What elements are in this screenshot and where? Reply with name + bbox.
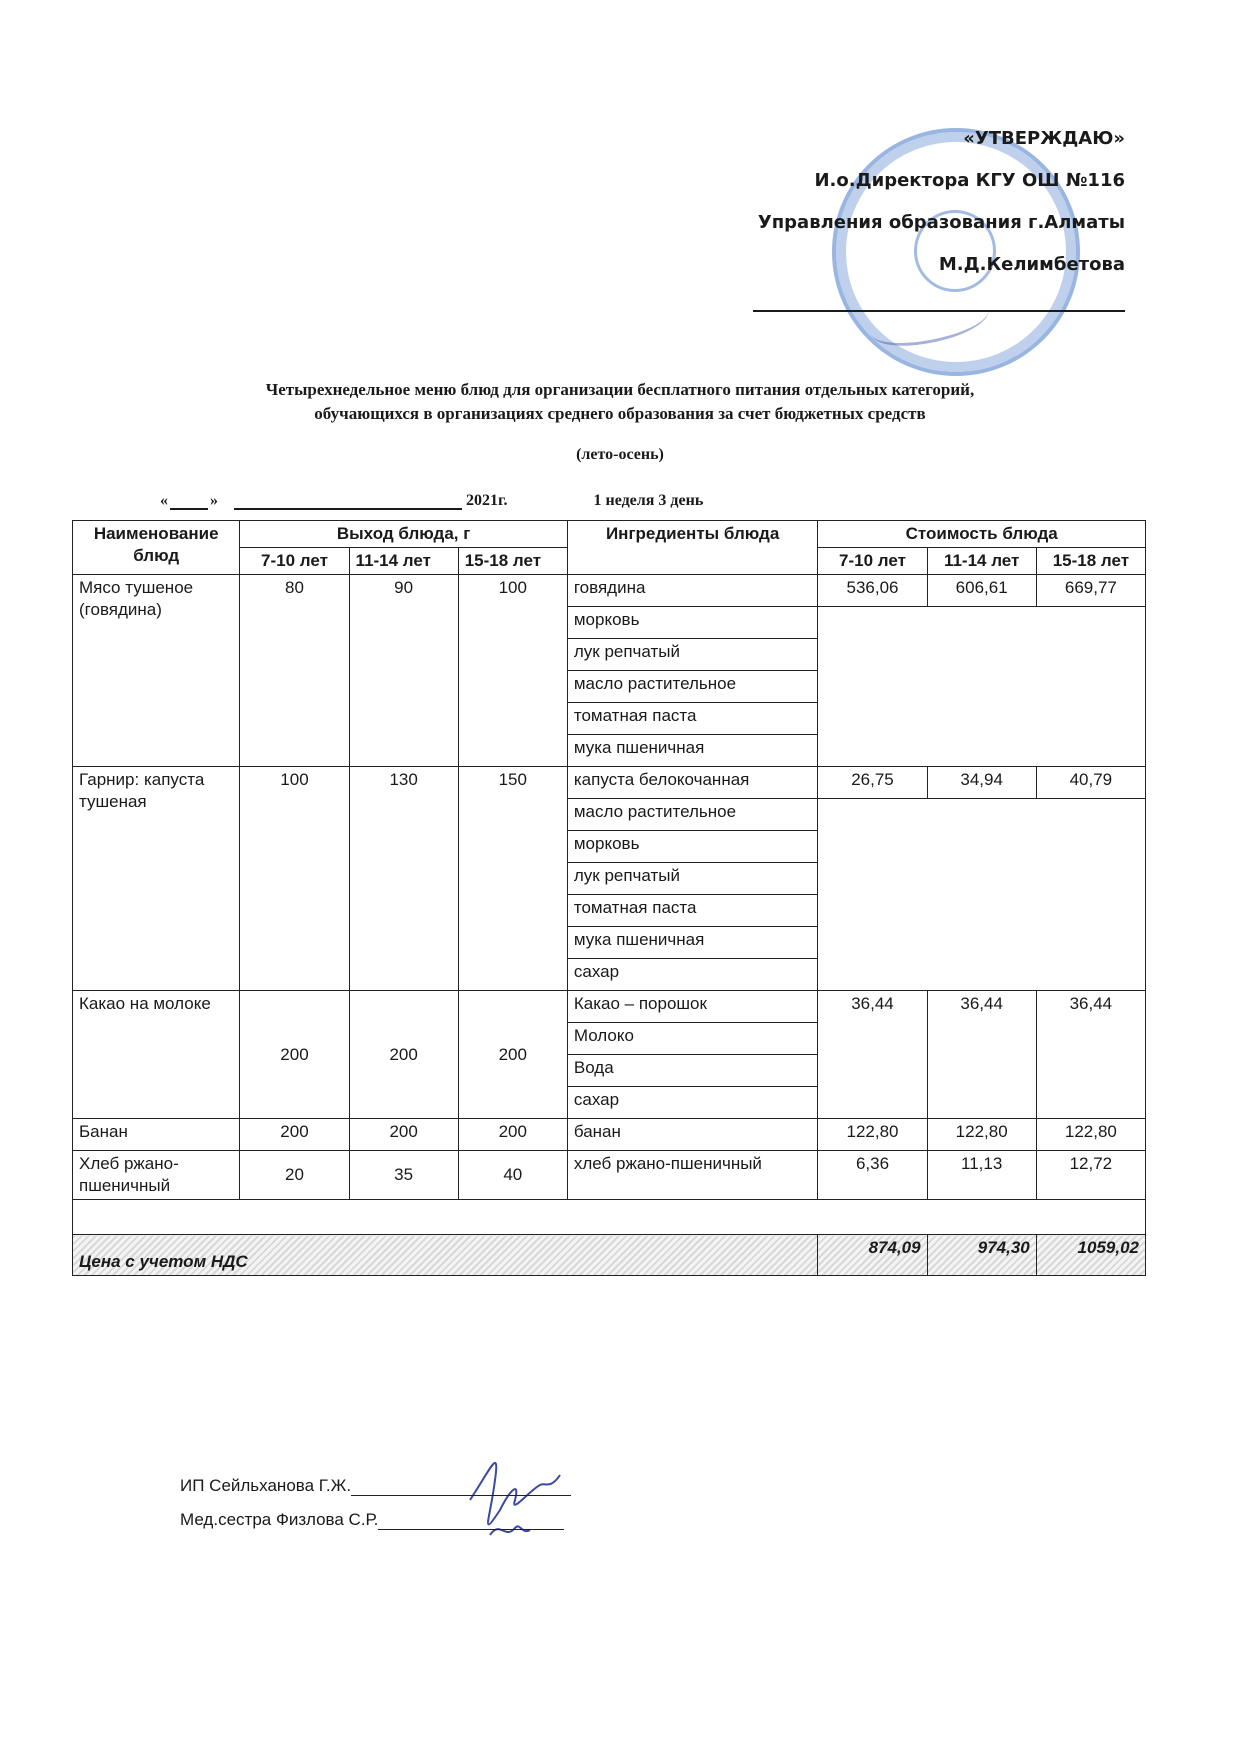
cost-merged-blank [818,607,1146,767]
dish-cost: 6,36 [818,1151,927,1200]
table-row: Мясо тушеное (говядина)8090100говядина53… [73,575,1146,607]
header-yield: Выход блюда, г [240,521,567,548]
dish-cost: 36,44 [818,991,927,1119]
dish-cost: 36,44 [927,991,1036,1119]
ingredient: говядина [567,575,818,607]
header-dish-name: Наименование блюд [73,521,240,575]
signature-block: ИП Сейльханова Г.Ж. Мед.сестра Физлова С… [180,1476,571,1544]
open-quote: « [160,492,168,510]
dish-cost: 11,13 [927,1151,1036,1200]
ingredient: мука пшеничная [567,927,818,959]
year-label: 2021г. [466,492,507,510]
season-label: (лето-осень) [0,446,1240,464]
dish-yield: 90 [349,575,458,767]
ingredient: сахар [567,1087,818,1119]
dish-yield: 200 [349,1119,458,1151]
day-blank [170,492,208,510]
ingredient: мука пшеничная [567,735,818,767]
ingredient: масло растительное [567,799,818,831]
dish-yield: 100 [458,575,567,767]
empty-cell [73,1200,1146,1235]
dish-yield: 200 [349,991,458,1119]
dish-yield: 100 [240,767,349,991]
dish-cost: 606,61 [927,575,1036,607]
ingredient: масло растительное [567,671,818,703]
table-row-empty [73,1200,1146,1235]
ingredient: морковь [567,607,818,639]
dish-yield: 150 [458,767,567,991]
dish-yield: 80 [240,575,349,767]
approval-department: Управления образования г.Алматы [753,212,1125,234]
supplier-label: ИП Сейльханова Г.Ж. [180,1476,351,1496]
dish-yield: 20 [240,1151,349,1200]
approval-name: М.Д.Келимбетова [753,254,1125,276]
ingredient: капуста белокочанная [567,767,818,799]
total-value: 1059,02 [1036,1235,1145,1276]
ingredient: сахар [567,959,818,991]
month-blank [234,492,462,510]
title-line-2: обучающихся в организациях среднего обра… [150,402,1090,426]
total-row: Цена с учетом НДС874,09974,301059,02 [73,1235,1146,1276]
header-cost: Стоимость блюда [818,521,1146,548]
close-quote: » [210,492,218,510]
nurse-label: Мед.сестра Физлова С.Р. [180,1510,378,1530]
title-line-1: Четырехнедельное меню блюд для организац… [150,378,1090,402]
dish-cost: 40,79 [1036,767,1145,799]
menu-body: Мясо тушеное (говядина)8090100говядина53… [73,575,1146,1276]
total-value: 874,09 [818,1235,927,1276]
table-row: Гарнир: капуста тушеная100130150капуста … [73,767,1146,799]
signature-line: Мед.сестра Физлова С.Р. [180,1510,571,1530]
table-row: Какао на молоке200200200Какао – порошок3… [73,991,1146,1023]
ingredient: морковь [567,831,818,863]
header-cost-age: 7-10 лет [818,548,927,575]
dish-cost: 122,80 [927,1119,1036,1151]
header-yield-age: 7-10 лет [240,548,349,575]
dish-yield: 40 [458,1151,567,1200]
document-title: Четырехнедельное меню блюд для организац… [150,378,1090,426]
approval-heading: «УТВЕРЖДАЮ» [753,128,1125,150]
dish-yield: 130 [349,767,458,991]
dish-yield: 200 [240,1119,349,1151]
approval-signature-line [753,296,1125,312]
ingredient: Какао – порошок [567,991,818,1023]
cost-merged-blank [818,799,1146,991]
menu-table: Наименование блюд Выход блюда, г Ингреди… [72,520,1146,1276]
dish-cost: 536,06 [818,575,927,607]
dish-name: Гарнир: капуста тушеная [73,767,240,991]
dish-yield: 200 [458,1119,567,1151]
dish-cost: 669,77 [1036,575,1145,607]
dish-name: Хлеб ржано-пшеничный [73,1151,240,1200]
ingredient: лук репчатый [567,863,818,895]
dish-yield: 200 [458,991,567,1119]
dish-cost: 34,94 [927,767,1036,799]
approval-position: И.о.Директора КГУ ОШ №116 [753,170,1125,192]
signature-line: ИП Сейльханова Г.Ж. [180,1476,571,1496]
dish-yield: 35 [349,1151,458,1200]
dish-cost: 12,72 [1036,1151,1145,1200]
table-row: Банан200200200банан122,80122,80122,80 [73,1119,1146,1151]
ingredient: Вода [567,1055,818,1087]
header-ingredients: Ингредиенты блюда [567,521,818,575]
dish-name: Какао на молоке [73,991,240,1119]
dish-name: Мясо тушеное (говядина) [73,575,240,767]
dish-name: Банан [73,1119,240,1151]
header-yield-age: 11-14 лет [349,548,458,575]
header-yield-age: 15-18 лет [458,548,567,575]
ingredient: лук репчатый [567,639,818,671]
ingredient: хлеб ржано-пшеничный [567,1151,818,1200]
dish-cost: 36,44 [1036,991,1145,1119]
signature-blank [378,1511,564,1530]
signature-blank [351,1477,571,1496]
dish-cost: 122,80 [1036,1119,1145,1151]
ingredient: Молоко [567,1023,818,1055]
ingredient: банан [567,1119,818,1151]
ingredient: томатная паста [567,895,818,927]
header-cost-age: 11-14 лет [927,548,1036,575]
date-line: « » 2021г. 1 неделя 3 день [160,492,703,510]
total-value: 974,30 [927,1235,1036,1276]
header-cost-age: 15-18 лет [1036,548,1145,575]
ingredient: томатная паста [567,703,818,735]
week-day-label: 1 неделя 3 день [593,492,703,510]
approval-block: «УТВЕРЖДАЮ» И.о.Директора КГУ ОШ №116 Уп… [753,128,1125,312]
dish-yield: 200 [240,991,349,1119]
table-row: Хлеб ржано-пшеничный203540хлеб ржано-пше… [73,1151,1146,1200]
total-label: Цена с учетом НДС [73,1235,818,1276]
dish-cost: 26,75 [818,767,927,799]
dish-cost: 122,80 [818,1119,927,1151]
